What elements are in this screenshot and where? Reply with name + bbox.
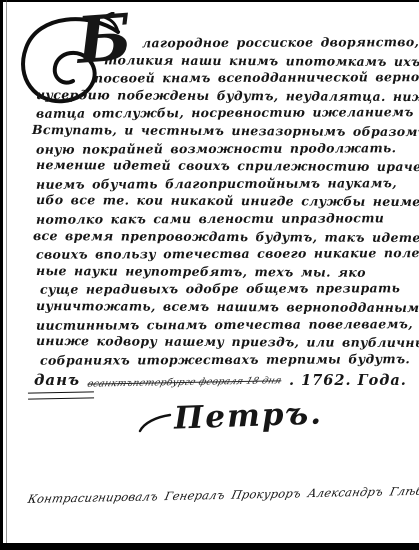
- manuscript-line: иистиннымъ сынамъ отечества повелеваемъ,: [30, 315, 412, 334]
- frame-inner-line: [6, 0, 7, 550]
- manuscript-line: собранияхъ иторжествахъ терпимы будутъ.: [30, 350, 412, 369]
- manuscript-line: иниже кодвору нашему приездъ, или впубли…: [30, 332, 412, 352]
- dateline-word: данъ: [34, 371, 80, 389]
- dateline-script: всанктъпетербурге февраля 18 дня: [86, 375, 283, 389]
- manuscript-line: оную покрайней возможности продолжать.: [30, 139, 412, 158]
- manuscript-line: ибо все те. кои никакой инигде службы не…: [30, 191, 412, 211]
- dateline-year: . 1762. Года.: [289, 372, 407, 389]
- manuscript-line: ватца отслужбы, носревностию ижеланиемъ …: [30, 104, 412, 123]
- signature-block: Петръ.: [130, 398, 330, 435]
- manuscript-line: своихъ впользу отечества своего никакие …: [30, 244, 412, 263]
- manuscript-line: неменше идетей своихъ сприлежностию ирач…: [30, 156, 412, 176]
- manuscript-page: Б лагородное россиское дворянство, чувст…: [0, 0, 419, 550]
- signature-text: Петръ.: [173, 395, 323, 436]
- countersignature-text: Контрасигнировалъ Генералъ Прокуроръ Але…: [27, 483, 419, 506]
- manuscript-line: посвоей кнамъ всеподданнической верности: [30, 68, 412, 87]
- signature-flourish-icon: [138, 409, 172, 435]
- manuscript-line: Вступать, и честнымъ инезазорнымъ образо…: [30, 121, 412, 141]
- frame-top-edge: [0, 0, 419, 2]
- manuscript-line: лагородное россиское дворянство, чувству…: [30, 33, 412, 52]
- manuscript-line: ные науки неупотребятъ, техъ мы. яко: [30, 262, 412, 282]
- manuscript-line: нотолко какъ сами влености ипраздности: [30, 209, 412, 228]
- manuscript-text-block: лагородное россиское дворянство, чувству…: [30, 34, 412, 368]
- dateline-underline: [28, 391, 94, 399]
- manuscript-line: все время препровождать будутъ, такъ иде…: [30, 227, 412, 247]
- dateline: данъ всанктъпетербурге февраля 18 дня . …: [34, 370, 414, 389]
- manuscript-line: суще нерадивыхъ одобре общемъ презирать: [30, 279, 412, 298]
- manuscript-line: ниемъ обучать благопристойнымъ наукамъ,: [30, 174, 412, 193]
- manuscript-line: иуничтожать, всемъ нашимъ верноподданным…: [30, 297, 412, 317]
- manuscript-line: толикия наши книмъ ипотомкамъ ихъ щедрот…: [30, 51, 412, 71]
- frame-left-edge: [0, 0, 3, 550]
- frame-bottom-edge: [0, 543, 419, 550]
- countersignature: Контрасигнировалъ Генералъ Прокуроръ Але…: [26, 484, 419, 509]
